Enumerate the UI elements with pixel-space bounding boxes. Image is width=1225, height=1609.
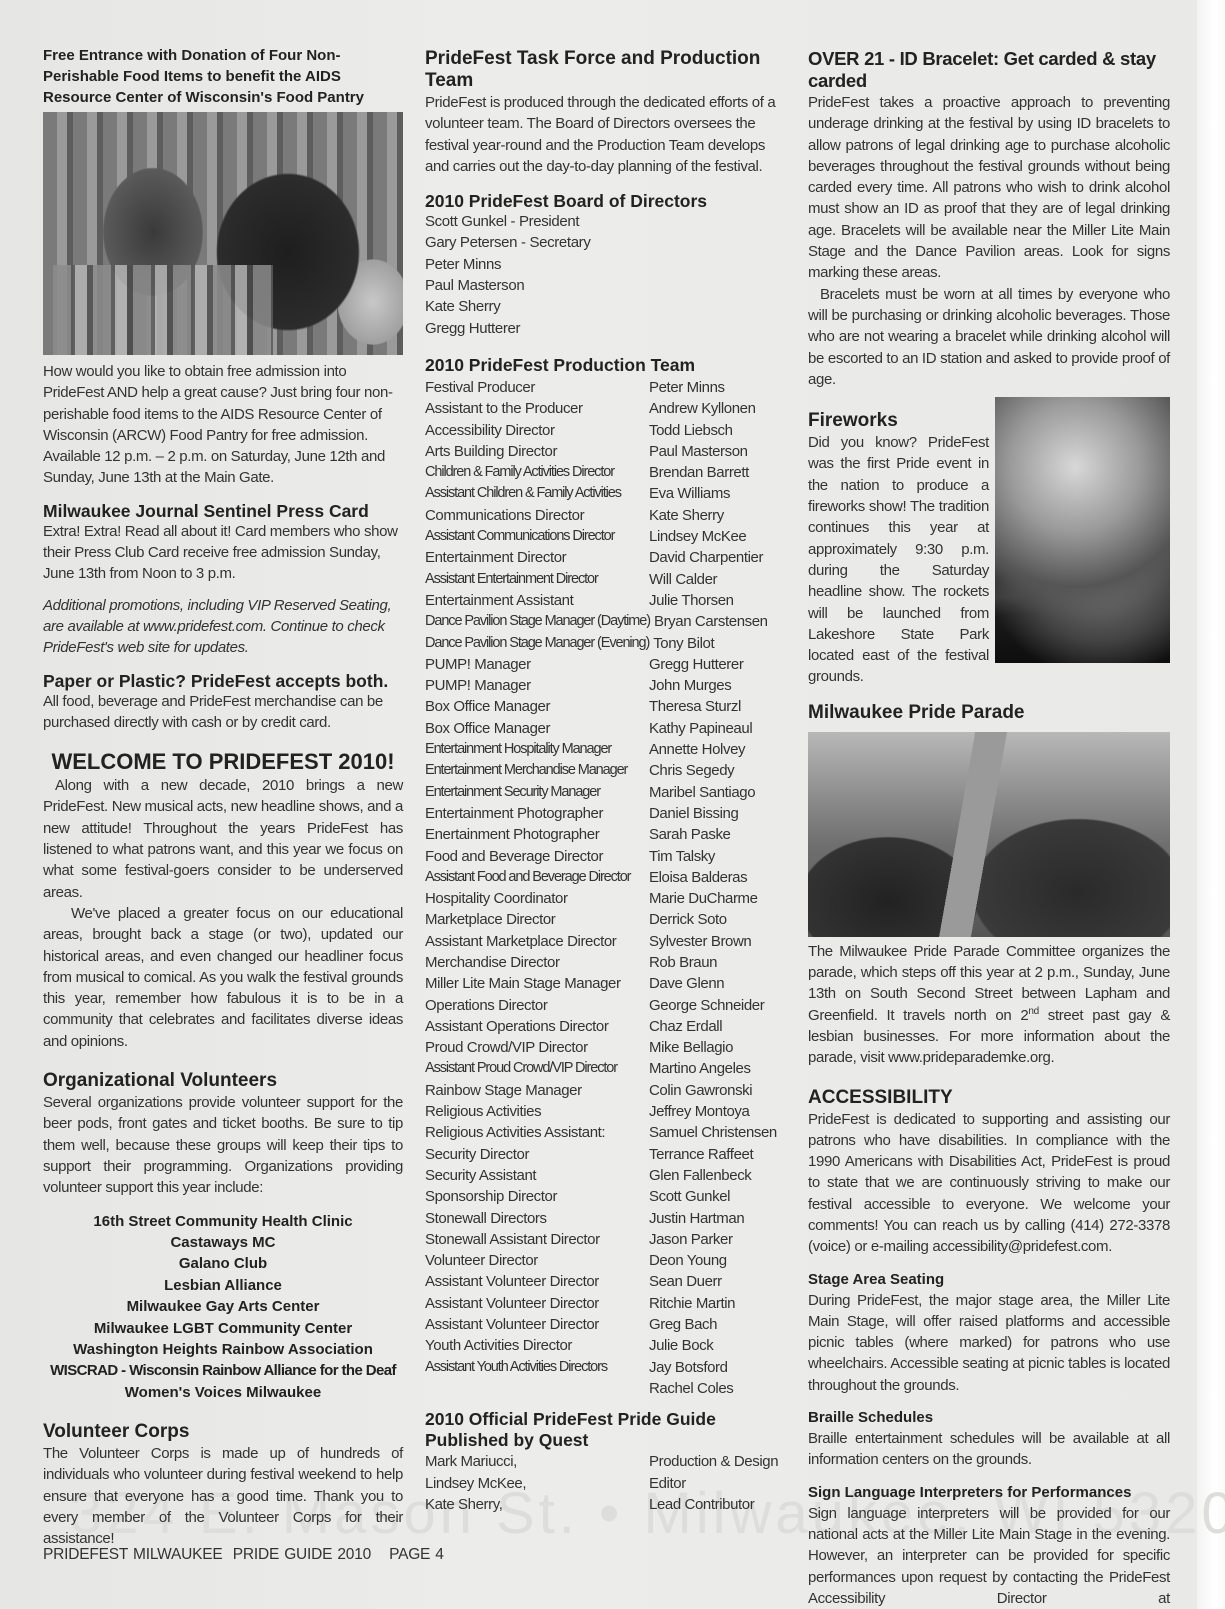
roster-name: Rachel Coles	[649, 1378, 787, 1399]
roster-name: Annette Holvey	[649, 739, 787, 760]
roster-role: Assistant to the Producer	[425, 398, 649, 419]
roster-name: Will Calder	[649, 569, 787, 590]
roster-row: Dance Pavilion Stage Manager (Evening)To…	[425, 633, 787, 654]
roster-row: PUMP! ManagerJohn Murges	[425, 675, 787, 696]
roster-row: Marketplace DirectorDerrick Soto	[425, 909, 787, 930]
stage-seating-heading: Stage Area Seating	[808, 1270, 1170, 1290]
id-bracelet-para-1: PrideFest takes a proactive approach to …	[808, 92, 1170, 284]
fireworks-heading: Fireworks	[808, 410, 989, 432]
roster-row: Box Office ManagerKathy Papineaul	[425, 718, 787, 739]
sign-language-body: Sign language interpreters will be provi…	[808, 1503, 1170, 1609]
roster-row: PUMP! ManagerGregg Hutterer	[425, 654, 787, 675]
roster-row: Communications DirectorKate Sherry	[425, 505, 787, 526]
roster-role: PUMP! Manager	[425, 654, 649, 675]
roster-name: Todd Liebsch	[649, 420, 787, 441]
roster-role: Entertainment Director	[425, 547, 649, 568]
roster-row: Accessibility DirectorTodd Liebsch	[425, 420, 787, 441]
organization-item: Lesbian Alliance	[43, 1275, 403, 1296]
roster-name: Scott Gunkel	[649, 1186, 787, 1207]
guide-credits-list: Mark Mariucci,Production & Design Lindse…	[425, 1451, 787, 1515]
roster-name: Marie DuCharme	[649, 888, 787, 909]
food-drive-body: How would you like to obtain free admiss…	[43, 361, 403, 489]
fireworks-body: Did you know? PrideFest was the first Pr…	[808, 432, 989, 688]
production-team-roster: Festival ProducerPeter Minns Assistant t…	[425, 377, 787, 1399]
roster-name: Daniel Bissing	[649, 803, 787, 824]
roster-row: Assistant Proud Crowd/VIP DirectorMartin…	[425, 1058, 787, 1079]
roster-name: Sylvester Brown	[649, 931, 787, 952]
task-force-heading: PrideFest Task Force and Production Team	[425, 48, 787, 92]
roster-role: Arts Building Director	[425, 441, 649, 462]
fireworks-photo	[995, 397, 1170, 663]
roster-role: Proud Crowd/VIP Director	[425, 1037, 649, 1058]
roster-name: Lindsey McKee	[649, 526, 787, 547]
roster-role: Stonewall Assistant Director	[425, 1229, 649, 1250]
roster-row: Box Office ManagerTheresa Sturzl	[425, 696, 787, 717]
board-member: Scott Gunkel - President	[425, 211, 787, 232]
accessibility-heading: ACCESSIBILITY	[808, 1087, 1170, 1109]
roster-row: Religious ActivitiesJeffrey Montoya	[425, 1101, 787, 1122]
roster-role: Food and Beverage Director	[425, 846, 649, 867]
volunteer-corps-heading: Volunteer Corps	[43, 1421, 403, 1443]
org-volunteers-heading: Organizational Volunteers	[43, 1070, 403, 1092]
roster-row: Proud Crowd/VIP DirectorMike Bellagio	[425, 1037, 787, 1058]
roster-role: Entertainment Security Manager	[425, 782, 649, 803]
guide-credits-heading-2: Published by Quest	[425, 1430, 787, 1451]
roster-name: Martino Angeles	[649, 1058, 787, 1079]
credit-person: Mark Mariucci,	[425, 1451, 649, 1472]
roster-row: Assistant Communications DirectorLindsey…	[425, 526, 787, 547]
credit-row: Mark Mariucci,Production & Design	[425, 1451, 787, 1472]
roster-row: Children & Family Activities DirectorBre…	[425, 462, 787, 483]
roster-name: Chris Segedy	[649, 760, 787, 781]
roster-role: Entertainment Assistant	[425, 590, 649, 611]
roster-row: Sponsorship DirectorScott Gunkel	[425, 1186, 787, 1207]
roster-role: Dance Pavilion Stage Manager (Evening)	[425, 633, 649, 654]
roster-name: George Schneider	[649, 995, 787, 1016]
roster-name: Sarah Paske	[649, 824, 787, 845]
roster-row: Security AssistantGlen Fallenbeck	[425, 1165, 787, 1186]
roster-name: Eva Williams	[649, 483, 787, 504]
accessibility-body: PrideFest is dedicated to supporting and…	[808, 1109, 1170, 1258]
roster-name: Eloisa Balderas	[649, 867, 787, 888]
page-number: PAGE 4	[389, 1546, 444, 1563]
board-member: Gregg Hutterer	[425, 318, 787, 339]
column-middle: PrideFest Task Force and Production Team…	[425, 48, 787, 1515]
roster-role: Youth Activities Director	[425, 1335, 649, 1356]
column-right: OVER 21 - ID Bracelet: Get carded & stay…	[808, 48, 1170, 1609]
roster-name: Rob Braun	[649, 952, 787, 973]
roster-row: Entertainment DirectorDavid Charpentier	[425, 547, 787, 568]
publication-name: PRIDEFEST MILWAUKEE PRIDE GUIDE 2010	[43, 1546, 371, 1563]
roster-name: Maribel Santiago	[649, 782, 787, 803]
braille-heading: Braille Schedules	[808, 1408, 1170, 1428]
parade-heading: Milwaukee Pride Parade	[808, 702, 1170, 724]
roster-row: Assistant Operations DirectorChaz Erdall	[425, 1016, 787, 1037]
column-left: Free Entrance with Donation of Four Non-…	[43, 45, 403, 1550]
task-force-body: PrideFest is produced through the dedica…	[425, 92, 787, 177]
roster-row: Rainbow Stage ManagerColin Gawronski	[425, 1080, 787, 1101]
board-heading: 2010 PrideFest Board of Directors	[425, 191, 787, 211]
welcome-heading: WELCOME TO PRIDEFEST 2010!	[43, 749, 403, 775]
id-bracelet-para-2: Bracelets must be worn at all times by e…	[808, 284, 1170, 390]
organization-item: Women's Voices Milwaukee	[43, 1382, 403, 1403]
roster-name: Kathy Papineaul	[649, 718, 787, 739]
roster-row: Food and Beverage DirectorTim Talsky	[425, 846, 787, 867]
roster-role: Religious Activities Assistant:	[425, 1122, 649, 1143]
roster-role: Assistant Communications Director	[425, 526, 649, 547]
organization-item: Galano Club	[43, 1253, 403, 1274]
roster-role: Assistant Operations Director	[425, 1016, 649, 1037]
roster-role: Assistant Volunteer Director	[425, 1314, 649, 1335]
roster-role: Security Assistant	[425, 1165, 649, 1186]
roster-role: Children & Family Activities Director	[425, 462, 649, 483]
roster-name: Kate Sherry	[649, 505, 787, 526]
organization-item: 16th Street Community Health Clinic	[43, 1211, 403, 1232]
roster-name: Mike Bellagio	[649, 1037, 787, 1058]
board-member: Peter Minns	[425, 254, 787, 275]
organization-item: Milwaukee Gay Arts Center	[43, 1296, 403, 1317]
roster-row: Volunteer DirectorDeon Young	[425, 1250, 787, 1271]
roster-row: Assistant to the ProducerAndrew Kyllonen	[425, 398, 787, 419]
roster-role: Festival Producer	[425, 377, 649, 398]
roster-row: Entertainment Security ManagerMaribel Sa…	[425, 782, 787, 803]
roster-row: Assistant Marketplace DirectorSylvester …	[425, 931, 787, 952]
roster-role: Communications Director	[425, 505, 649, 526]
roster-row: Operations DirectorGeorge Schneider	[425, 995, 787, 1016]
roster-row: Stonewall Assistant DirectorJason Parker	[425, 1229, 787, 1250]
roster-role: Enertainment Photographer	[425, 824, 649, 845]
roster-role: Accessibility Director	[425, 420, 649, 441]
roster-role: Security Director	[425, 1144, 649, 1165]
roster-name: Justin Hartman	[649, 1208, 787, 1229]
credit-title: Editor	[649, 1473, 787, 1494]
roster-role: Assistant Marketplace Director	[425, 931, 649, 952]
roster-row: Arts Building DirectorPaul Masterson	[425, 441, 787, 462]
roster-name: Julie Bock	[649, 1335, 787, 1356]
org-volunteers-body: Several organizations provide volunteer …	[43, 1092, 403, 1198]
production-team-heading: 2010 PrideFest Production Team	[425, 355, 787, 375]
roster-row: Enertainment PhotographerSarah Paske	[425, 824, 787, 845]
roster-role: Box Office Manager	[425, 718, 649, 739]
organization-item: WISCRAD - Wisconsin Rainbow Alliance for…	[43, 1360, 403, 1381]
roster-role: Assistant Children & Family Activities	[425, 483, 649, 504]
payment-body: All food, beverage and PrideFest merchan…	[43, 691, 403, 734]
roster-name: Bryan Carstensen	[654, 611, 787, 632]
roster-row: Miller Lite Main Stage ManagerDave Glenn	[425, 973, 787, 994]
stage-seating-body: During PrideFest, the major stage area, …	[808, 1290, 1170, 1396]
press-card-body: Extra! Extra! Read all about it! Card me…	[43, 521, 403, 585]
roster-name: Tim Talsky	[649, 846, 787, 867]
roster-role: Stonewall Directors	[425, 1208, 649, 1229]
roster-name: Paul Masterson	[649, 441, 787, 462]
food-drive-photo	[43, 112, 403, 355]
food-drive-heading: Free Entrance with Donation of Four Non-…	[43, 45, 403, 108]
board-member: Kate Sherry	[425, 296, 787, 317]
roster-role: Volunteer Director	[425, 1250, 649, 1271]
roster-row: Assistant Youth Activities DirectorsJay …	[425, 1357, 787, 1378]
roster-name: Deon Young	[649, 1250, 787, 1271]
volunteer-corps-body: The Volunteer Corps is made up of hundre…	[43, 1443, 403, 1549]
credit-row: Kate Sherry,Lead Contributor	[425, 1494, 787, 1515]
promotions-note: Additional promotions, including VIP Res…	[43, 595, 403, 659]
roster-name: Glen Fallenbeck	[649, 1165, 787, 1186]
roster-name: Colin Gawronski	[649, 1080, 787, 1101]
parade-body: The Milwaukee Pride Parade Committee org…	[808, 941, 1170, 1069]
page-edge	[1197, 0, 1225, 1609]
credit-title: Lead Contributor	[649, 1494, 787, 1515]
roster-name: Terrance Raffeet	[649, 1144, 787, 1165]
roster-role: Rainbow Stage Manager	[425, 1080, 649, 1101]
roster-row: Entertainment Hospitality ManagerAnnette…	[425, 739, 787, 760]
roster-name: Peter Minns	[649, 377, 787, 398]
roster-name: Gregg Hutterer	[649, 654, 787, 675]
sign-language-heading: Sign Language Interpreters for Performan…	[808, 1483, 1170, 1503]
welcome-para-1: Along with a new decade, 2010 brings a n…	[43, 775, 403, 903]
fireworks-section: Fireworks Did you know? PrideFest was th…	[808, 402, 1170, 688]
roster-name: Andrew Kyllonen	[649, 398, 787, 419]
roster-role: Entertainment Hospitality Manager	[425, 739, 649, 760]
roster-row: Rachel Coles	[425, 1378, 787, 1399]
roster-role: Hospitality Coordinator	[425, 888, 649, 909]
credit-person: Lindsey McKee,	[425, 1473, 649, 1494]
roster-name: Samuel Christensen	[649, 1122, 787, 1143]
roster-name: Sean Duerr	[649, 1271, 787, 1292]
roster-row: Festival ProducerPeter Minns	[425, 377, 787, 398]
roster-name: Greg Bach	[649, 1314, 787, 1335]
roster-name: Jeffrey Montoya	[649, 1101, 787, 1122]
board-list: Scott Gunkel - President Gary Petersen -…	[425, 211, 787, 339]
roster-row: Assistant Children & Family ActivitiesEv…	[425, 483, 787, 504]
roster-role: Marketplace Director	[425, 909, 649, 930]
roster-row: Stonewall DirectorsJustin Hartman	[425, 1208, 787, 1229]
guide-credits-heading-1: 2010 Official PrideFest Pride Guide	[425, 1409, 787, 1430]
roster-role: Assistant Food and Beverage Director	[425, 867, 649, 888]
roster-row: Entertainment Merchandise ManagerChris S…	[425, 760, 787, 781]
roster-role: Assistant Volunteer Director	[425, 1271, 649, 1292]
roster-name: Brendan Barrett	[649, 462, 787, 483]
roster-role: Assistant Volunteer Director	[425, 1293, 649, 1314]
roster-row: Security DirectorTerrance Raffeet	[425, 1144, 787, 1165]
welcome-para-2: We've placed a greater focus on our educ…	[43, 903, 403, 1052]
braille-body: Braille entertainment schedules will be …	[808, 1428, 1170, 1471]
roster-row: Dance Pavilion Stage Manager (Daytime)Br…	[425, 611, 787, 632]
roster-role: Assistant Proud Crowd/VIP Director	[425, 1058, 649, 1079]
organization-item: Castaways MC	[43, 1232, 403, 1253]
roster-role: Miller Lite Main Stage Manager	[425, 973, 649, 994]
roster-name: Dave Glenn	[649, 973, 787, 994]
roster-name: Derrick Soto	[649, 909, 787, 930]
roster-role: Assistant Entertainment Director	[425, 569, 649, 590]
board-member: Paul Masterson	[425, 275, 787, 296]
roster-role: Operations Director	[425, 995, 649, 1016]
payment-heading: Paper or Plastic? PrideFest accepts both…	[43, 671, 403, 691]
roster-role: Box Office Manager	[425, 696, 649, 717]
roster-name: Ritchie Martin	[649, 1293, 787, 1314]
roster-row: Hospitality CoordinatorMarie DuCharme	[425, 888, 787, 909]
roster-role	[425, 1378, 649, 1399]
roster-row: Youth Activities DirectorJulie Bock	[425, 1335, 787, 1356]
roster-role: Assistant Youth Activities Directors	[425, 1357, 649, 1378]
roster-row: Assistant Entertainment DirectorWill Cal…	[425, 569, 787, 590]
roster-role: Entertainment Merchandise Manager	[425, 760, 649, 781]
roster-role: Sponsorship Director	[425, 1186, 649, 1207]
roster-name: Jay Botsford	[649, 1357, 787, 1378]
roster-row: Merchandise DirectorRob Braun	[425, 952, 787, 973]
roster-name: Tony Bilot	[653, 633, 787, 654]
ordinal-suffix: nd	[1028, 1006, 1038, 1017]
credit-person: Kate Sherry,	[425, 1494, 649, 1515]
id-bracelet-heading: OVER 21 - ID Bracelet: Get carded & stay…	[808, 48, 1170, 92]
roster-name: Jason Parker	[649, 1229, 787, 1250]
roster-row: Assistant Volunteer DirectorGreg Bach	[425, 1314, 787, 1335]
roster-role: Merchandise Director	[425, 952, 649, 973]
fireworks-text: Fireworks Did you know? PrideFest was th…	[808, 402, 989, 688]
roster-row: Entertainment PhotographerDaniel Bissing	[425, 803, 787, 824]
page-footer: PRIDEFEST MILWAUKEE PRIDE GUIDE 2010PAGE…	[43, 1546, 444, 1564]
roster-row: Assistant Volunteer DirectorSean Duerr	[425, 1271, 787, 1292]
roster-name: John Murges	[649, 675, 787, 696]
press-card-heading: Milwaukee Journal Sentinel Press Card	[43, 501, 403, 521]
organization-list: 16th Street Community Health Clinic Cast…	[43, 1211, 403, 1404]
roster-role: Religious Activities	[425, 1101, 649, 1122]
roster-name: Julie Thorsen	[649, 590, 787, 611]
roster-name: David Charpentier	[649, 547, 787, 568]
roster-role: Dance Pavilion Stage Manager (Daytime)	[425, 611, 650, 632]
roster-row: Entertainment AssistantJulie Thorsen	[425, 590, 787, 611]
roster-name: Chaz Erdall	[649, 1016, 787, 1037]
roster-row: Assistant Volunteer DirectorRitchie Mart…	[425, 1293, 787, 1314]
roster-name: Theresa Sturzl	[649, 696, 787, 717]
roster-role: Entertainment Photographer	[425, 803, 649, 824]
board-member: Gary Petersen - Secretary	[425, 232, 787, 253]
roster-row: Assistant Food and Beverage DirectorEloi…	[425, 867, 787, 888]
roster-row: Religious Activities Assistant:Samuel Ch…	[425, 1122, 787, 1143]
organization-item: Washington Heights Rainbow Association	[43, 1339, 403, 1360]
credit-title: Production & Design	[649, 1451, 787, 1472]
parade-photo	[808, 732, 1170, 937]
roster-role: PUMP! Manager	[425, 675, 649, 696]
organization-item: Milwaukee LGBT Community Center	[43, 1318, 403, 1339]
credit-row: Lindsey McKee,Editor	[425, 1473, 787, 1494]
